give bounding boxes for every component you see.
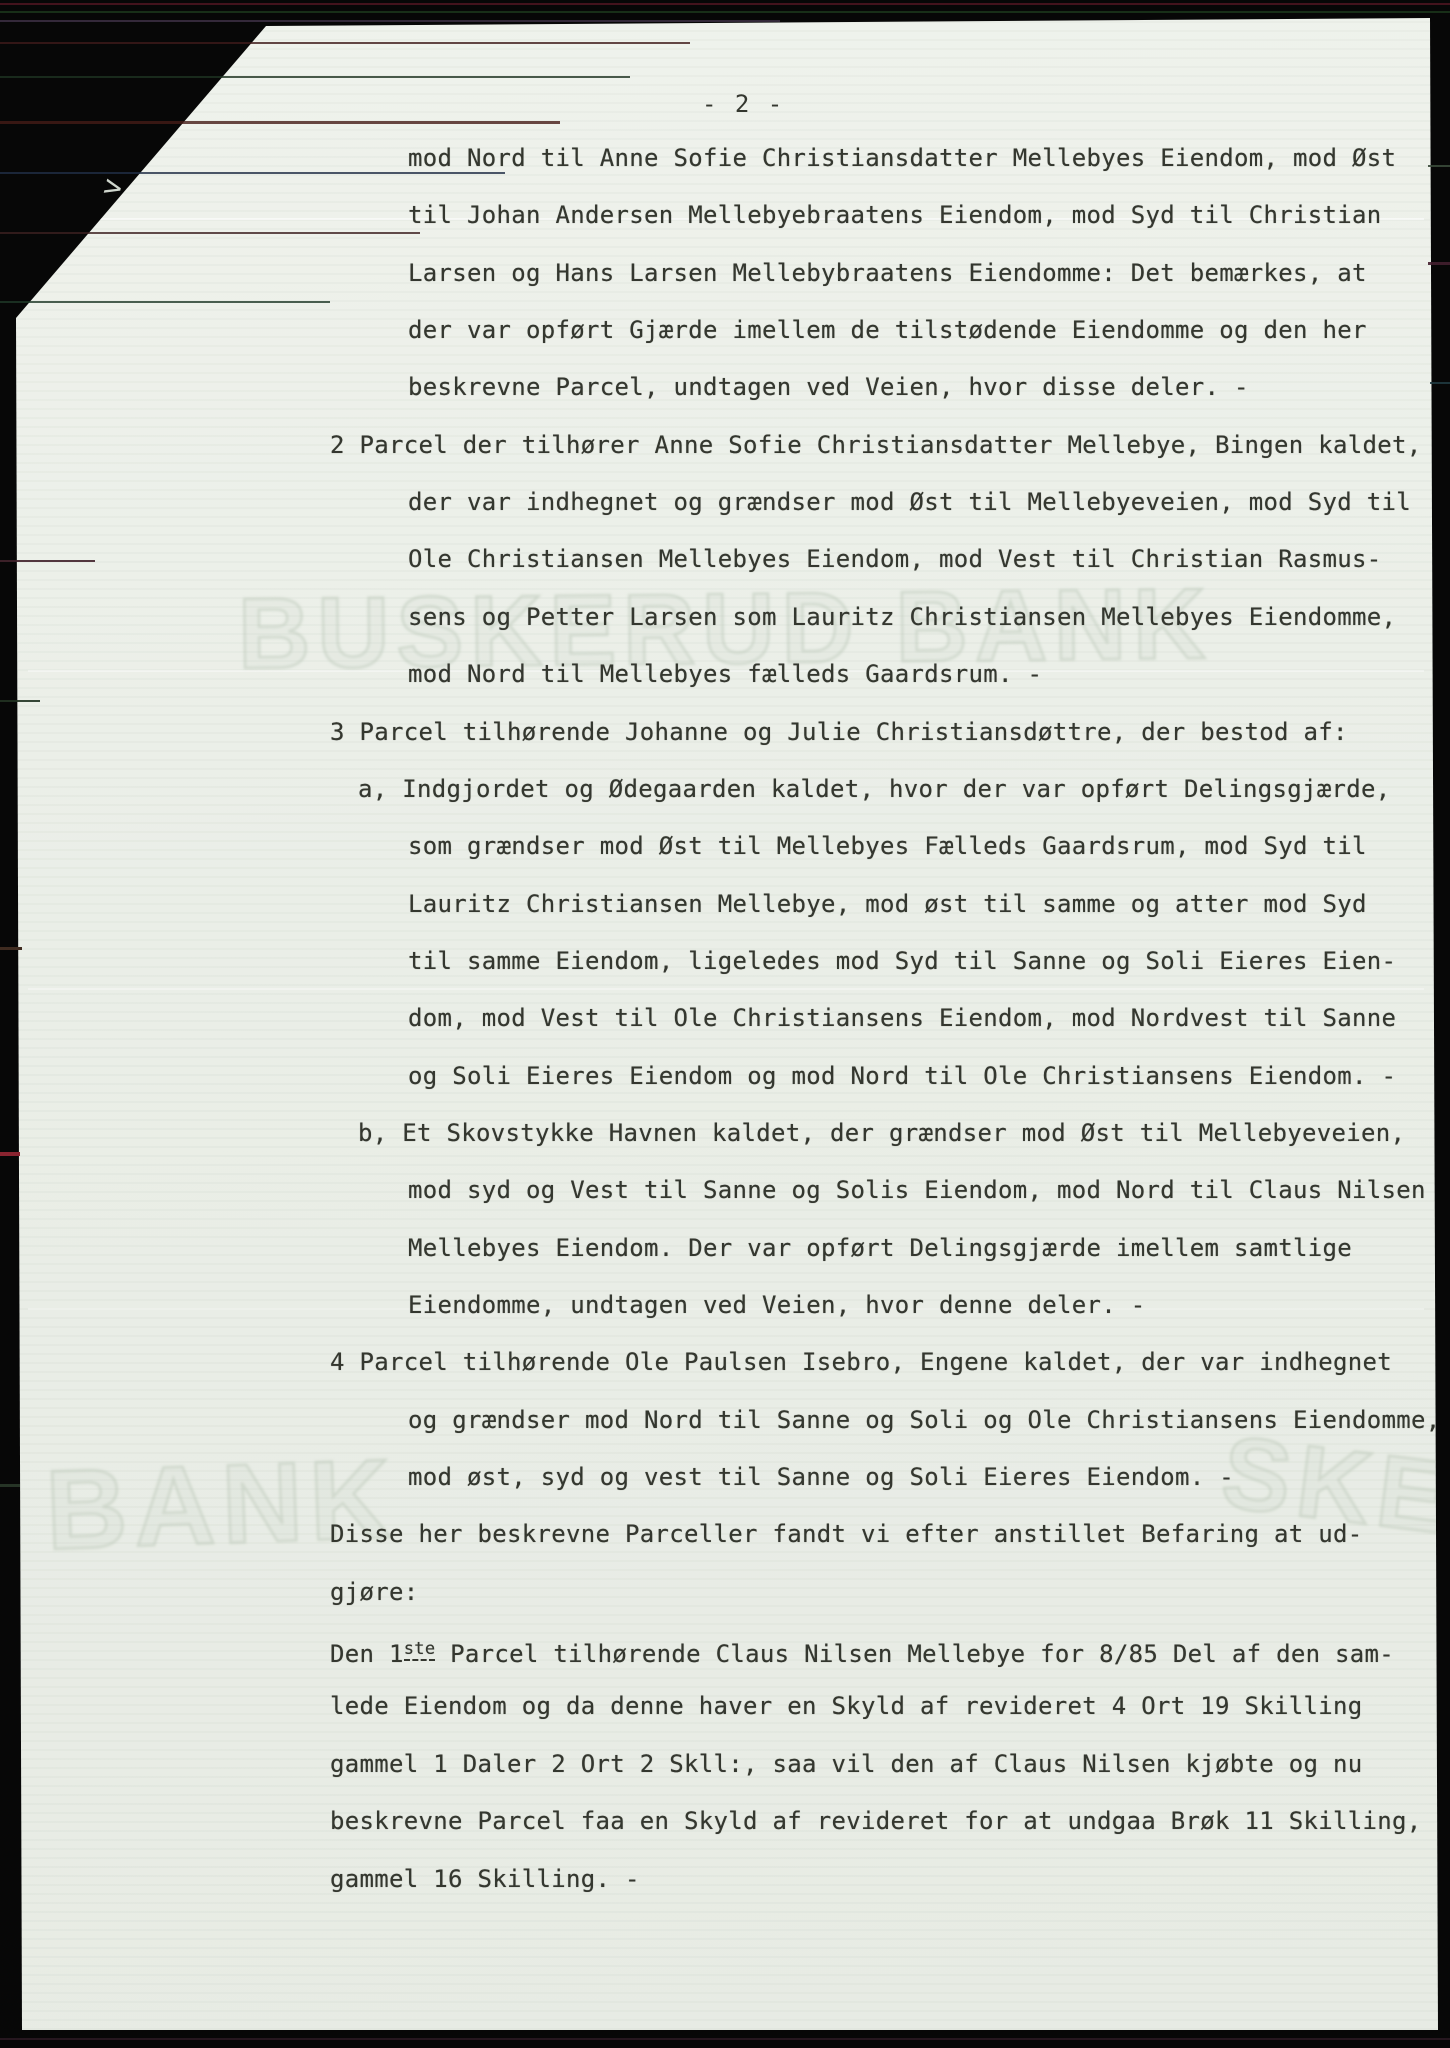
scan-noise-streak <box>1428 262 1450 265</box>
scan-noise-streak <box>0 700 40 702</box>
scan-noise-streak <box>0 121 560 124</box>
text-line: der var indhegnet og grændser mod Øst ti… <box>408 487 1411 517</box>
scan-noise-streak <box>0 20 780 22</box>
text-line: der var opført Gjærde imellem de tilstød… <box>408 315 1367 345</box>
watermark-bank: BANK <box>44 1434 400 1575</box>
text-line: og Soli Eieres Eiendom og mod Nord til O… <box>408 1061 1396 1091</box>
scan-noise-streak <box>0 76 630 78</box>
text-line: beskrevne Parcel, undtagen ved Veien, hv… <box>408 372 1249 402</box>
text-line: Mellebyes Eiendom. Der var opført Deling… <box>408 1233 1352 1263</box>
text-line: gjøre: <box>330 1577 419 1607</box>
text-line: mod Nord til Anne Sofie Christiansdatter… <box>408 143 1396 173</box>
text-line: Eiendomme, undtagen ved Veien, hvor denn… <box>408 1290 1145 1320</box>
text-line: Den 1ste Parcel tilhørende Claus Nilsen … <box>330 1634 1394 1669</box>
text-line: Ole Christiansen Mellebyes Eiendom, mod … <box>408 544 1381 574</box>
scan-noise-streak <box>1428 165 1450 167</box>
scan-noise-streak <box>0 3 1450 5</box>
text-line: a, Indgjordet og Ødegaarden kaldet, hvor… <box>358 774 1390 804</box>
text-fragment: Parcel tilhørende Claus Nilsen Mellebye … <box>435 1640 1394 1668</box>
text-line: gammel 1 Daler 2 Ort 2 Skll:, saa vil de… <box>330 1749 1362 1779</box>
scan-hairline <box>28 988 1424 990</box>
text-fragment: Den 1 <box>330 1640 404 1668</box>
scan-noise-streak <box>0 232 420 234</box>
scan-noise-streak <box>0 1484 20 1487</box>
scan-noise-streak <box>0 42 690 44</box>
text-line: som grændser mod Øst til Mellebyes Fælle… <box>408 831 1367 861</box>
text-line: 3 Parcel tilhørende Johanne og Julie Chr… <box>330 717 1348 747</box>
text-line: Lauritz Christiansen Mellebye, mod øst t… <box>408 889 1367 919</box>
text-line: til samme Eiendom, ligeledes mod Syd til… <box>408 946 1396 976</box>
scan-noise-streak <box>0 301 330 303</box>
text-line: b, Et Skovstykke Havnen kaldet, der græn… <box>358 1118 1405 1148</box>
text-line: og grændser mod Nord til Sanne og Soli o… <box>408 1405 1440 1435</box>
scan-noise-streak <box>0 2038 1450 2040</box>
text-line: til Johan Andersen Mellebyebraatens Eien… <box>408 200 1381 230</box>
text-line: 2 Parcel der tilhører Anne Sofie Christi… <box>330 430 1421 460</box>
text-line: beskrevne Parcel faa en Skyld af revider… <box>330 1806 1421 1836</box>
text-line: lede Eiendom og da denne haver en Skyld … <box>330 1691 1362 1721</box>
scan-noise-streak <box>0 11 1450 13</box>
scan-noise-streak <box>0 560 95 562</box>
text-line: mod øst, syd og vest til Sanne og Soli E… <box>408 1462 1234 1492</box>
document-page: BUSKERUD BANK BANK SKER - 2 - mod Nord t… <box>0 0 1450 2048</box>
scan-noise-streak <box>0 172 505 174</box>
scan-background: { "colors": { "paper": "#eaeee7", "ink":… <box>0 0 1450 2048</box>
text-line: gammel 16 Skilling. - <box>330 1864 640 1894</box>
text-line: mod Nord til Mellebyes fælleds Gaardsrum… <box>408 659 1042 689</box>
ordinal-superscript: ste <box>404 1639 436 1661</box>
text-line: Larsen og Hans Larsen Mellebybraatens Ei… <box>408 258 1367 288</box>
text-line: 4 Parcel tilhørende Ole Paulsen Isebro, … <box>330 1347 1392 1377</box>
text-line: dom, mod Vest til Ole Christiansens Eien… <box>408 1003 1396 1033</box>
text-line: Disse her beskrevne Parceller fandt vi e… <box>330 1519 1362 1549</box>
text-line: sens og Petter Larsen som Lauritz Christ… <box>408 602 1396 632</box>
text-line: mod syd og Vest til Sanne og Solis Eiend… <box>408 1175 1426 1205</box>
page-number: - 2 - <box>702 90 784 118</box>
scan-noise-streak <box>1430 382 1450 384</box>
scan-noise-streak <box>0 947 22 950</box>
scan-noise-streak <box>0 1152 20 1156</box>
